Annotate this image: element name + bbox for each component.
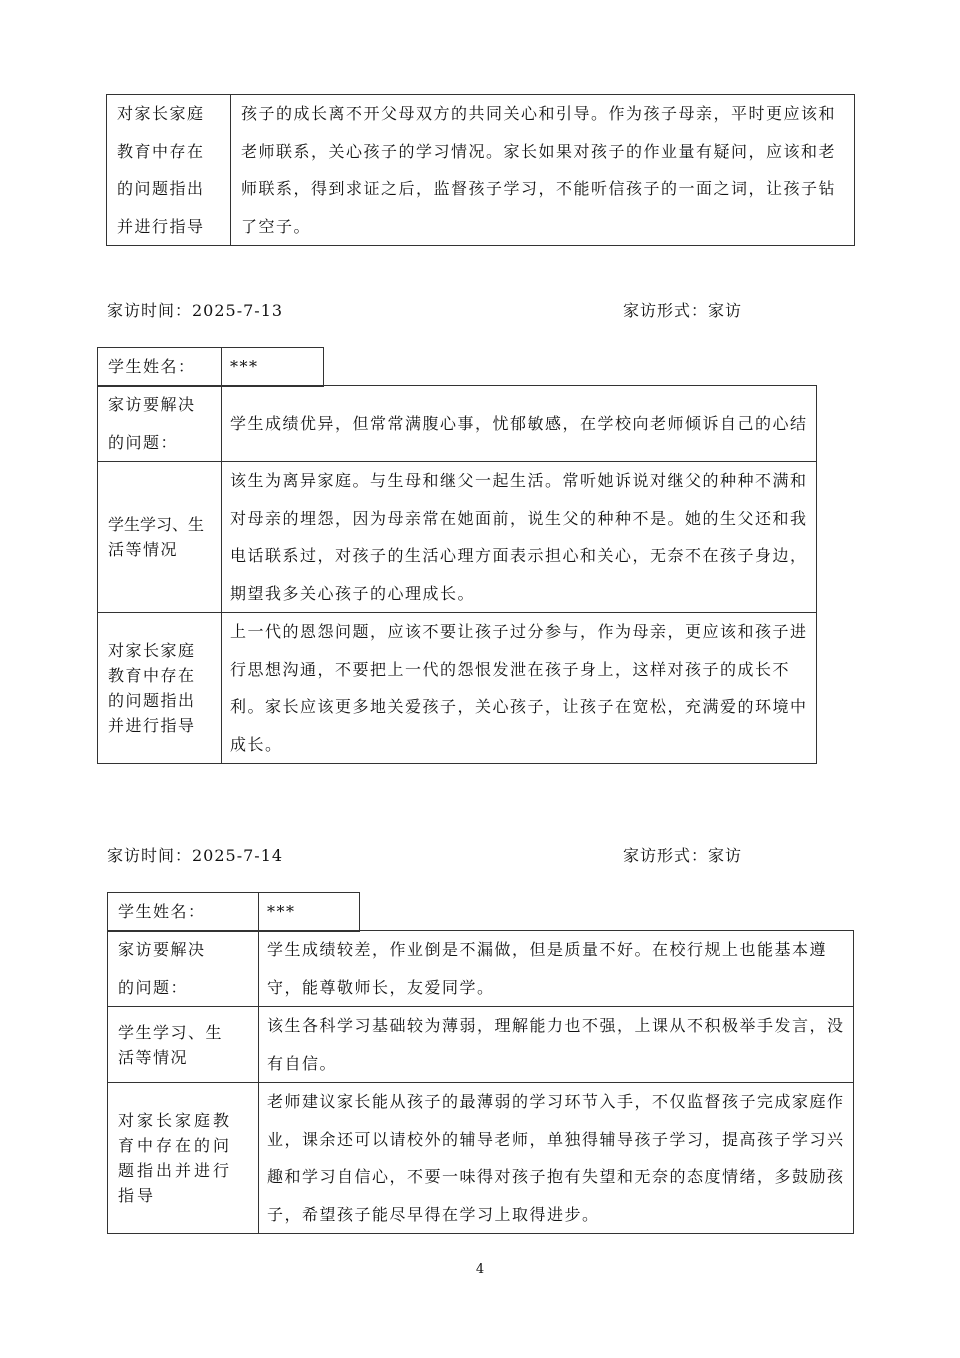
table-row: 学生学习、生 活等情况 该生为离异家庭。与生母和继父一起生活。常听她诉说对继父的… xyxy=(98,462,817,613)
label-line: 并进行指导 xyxy=(108,713,213,738)
name-value: *** xyxy=(222,348,324,387)
table-row: 家访要解决 的问题： 学生成绩优异，但常常满腹心事，忧郁敏感，在学校向老师倾诉自… xyxy=(98,386,817,462)
visit-time: 家访时间：2025-7-14 xyxy=(107,843,283,866)
guidance-text: 上一代的恩怨问题，应该不要让孩子过分参与，作为母亲，更应该和孩子进行思想沟通，不… xyxy=(222,613,817,764)
table-row: 家访要解决 的问题： 学生成绩较差，作业倒是不漏做，但是质量不好。在校行规上也能… xyxy=(108,931,854,1007)
situation-text: 该生各科学习基础较为薄弱，理解能力也不强，上课从不积极举手发言，没有自信。 xyxy=(259,1007,854,1083)
label-line: 学生学习、生 xyxy=(108,512,213,537)
situation-text: 该生为离异家庭。与生母和继父一起生活。常听她诉说对继父的种种不满和对母亲的埋怨，… xyxy=(222,462,817,613)
problem-text: 学生成绩较差，作业倒是不漏做，但是质量不好。在校行规上也能基本遵守，能尊敬师长，… xyxy=(259,931,854,1007)
label-line: 家访要解决 xyxy=(108,386,213,424)
student-name-table-3: 学生姓名： *** xyxy=(107,892,360,932)
table-row: 对家长家庭 教育中存在 的问题指出 并进行指导 上一代的恩怨问题，应该不要让孩子… xyxy=(98,613,817,764)
visit-table-3: 家访要解决 的问题： 学生成绩较差，作业倒是不漏做，但是质量不好。在校行规上也能… xyxy=(107,930,854,1234)
label-line: 的问题指出 xyxy=(117,170,222,208)
label-line: 学生学习、生 xyxy=(118,1020,250,1045)
name-label: 学生姓名： xyxy=(108,893,259,932)
label-line: 对家长家庭 xyxy=(117,95,222,133)
visit-form: 家访形式：家访 xyxy=(623,298,742,321)
guidance-label: 对家长家庭 教育中存在 的问题指出 并进行指导 xyxy=(98,613,222,764)
visit-table-2: 家访要解决 的问题： 学生成绩优异，但常常满腹心事，忧郁敏感，在学校向老师倾诉自… xyxy=(97,385,817,764)
guidance-table-1: 对家长家庭 教育中存在 的问题指出 并进行指导 孩子的成长离不开父母双方的共同关… xyxy=(106,94,855,246)
label-line: 的问题： xyxy=(118,969,250,1007)
name-label: 学生姓名： xyxy=(98,348,222,387)
guidance-label: 对家长家庭 教育中存在 的问题指出 并进行指导 xyxy=(107,95,231,246)
problem-label: 家访要解决 的问题： xyxy=(98,386,222,462)
label-line: 家访要解决 xyxy=(118,931,250,969)
guidance-text: 老师建议家长能从孩子的最薄弱的学习环节入手，不仅监督孩子完成家庭作业，课余还可以… xyxy=(259,1083,854,1234)
label-line: 并进行指导 xyxy=(117,208,222,246)
label-line: 活等情况 xyxy=(118,1045,250,1070)
page-number: 4 xyxy=(0,1262,960,1277)
label-line: 教育中存在 xyxy=(117,133,222,171)
visit-form: 家访形式：家访 xyxy=(623,843,742,866)
table-row: 对家长家庭 教育中存在 的问题指出 并进行指导 孩子的成长离不开父母双方的共同关… xyxy=(107,95,855,246)
guidance-label: 对家长家庭教 育中存在的问 题指出并进行 指导 xyxy=(108,1083,259,1234)
table-row: 学生学习、生 活等情况 该生各科学习基础较为薄弱，理解能力也不强，上课从不积极举… xyxy=(108,1007,854,1083)
table-row: 学生姓名： *** xyxy=(108,893,360,932)
problem-text: 学生成绩优异，但常常满腹心事，忧郁敏感，在学校向老师倾诉自己的心结 xyxy=(222,386,817,462)
problem-label: 家访要解决 的问题： xyxy=(108,931,259,1007)
label-line: 对家长家庭教 xyxy=(118,1108,250,1133)
name-value: *** xyxy=(259,893,360,932)
visit-time: 家访时间：2025-7-13 xyxy=(107,298,283,321)
label-line: 育中存在的问 xyxy=(118,1133,250,1158)
situation-label: 学生学习、生 活等情况 xyxy=(98,462,222,613)
situation-label: 学生学习、生 活等情况 xyxy=(108,1007,259,1083)
table-row: 对家长家庭教 育中存在的问 题指出并进行 指导 老师建议家长能从孩子的最薄弱的学… xyxy=(108,1083,854,1234)
table-row: 学生姓名： *** xyxy=(98,348,324,387)
label-line: 的问题： xyxy=(108,424,213,462)
label-line: 题指出并进行 xyxy=(118,1158,250,1183)
student-name-table-2: 学生姓名： *** xyxy=(97,347,324,387)
label-line: 指导 xyxy=(118,1183,250,1208)
guidance-text: 孩子的成长离不开父母双方的共同关心和引导。作为孩子母亲，平时更应该和老师联系，关… xyxy=(231,95,855,246)
label-line: 对家长家庭 xyxy=(108,638,213,663)
label-line: 活等情况 xyxy=(108,537,213,562)
label-line: 的问题指出 xyxy=(108,688,213,713)
label-line: 教育中存在 xyxy=(108,663,213,688)
